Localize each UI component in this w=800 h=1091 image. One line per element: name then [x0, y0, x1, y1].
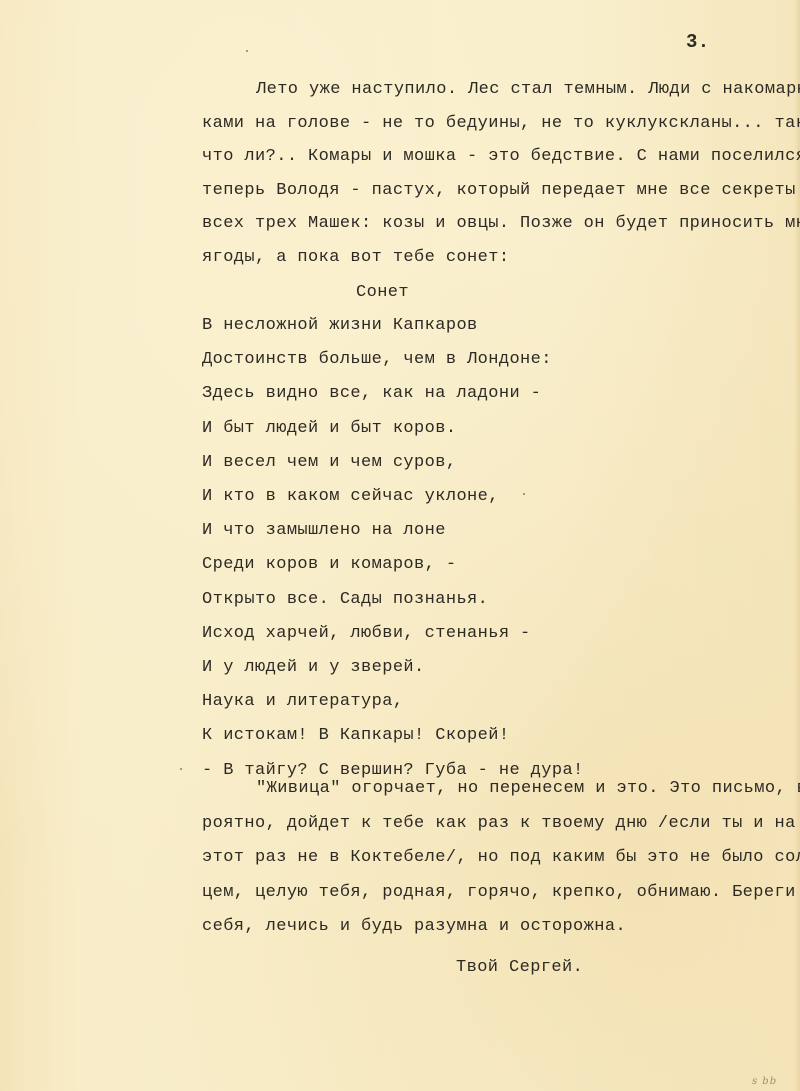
text-line: Лето уже наступило. Лес стал темным. Люд… — [256, 80, 800, 100]
poem-line: Здесь видно все, как на ладони - — [202, 384, 541, 404]
text-line: теперь Володя - пастух, который передает… — [202, 181, 796, 201]
poem-line: - В тайгу? С вершин? Губа - не дура! — [202, 761, 584, 781]
poem-line: В несложной жизни Капкаров — [202, 316, 478, 336]
pencil-note: s bb — [752, 1076, 777, 1087]
poem-line: И у людей и у зверей. — [202, 658, 425, 678]
text-line: себя, лечись и будь разумна и осторожна. — [202, 917, 626, 937]
poem-line: И весел чем и чем суров, — [202, 453, 456, 473]
text-line: всех трех Машек: козы и овцы. Позже он б… — [202, 214, 800, 234]
page-number: 3. — [686, 32, 710, 52]
poem-line: Открыто все. Сады познанья. — [202, 590, 488, 610]
poem-line: Исход харчей, любви, стенанья - — [202, 624, 531, 644]
text-line: цем, целую тебя, родная, горячо, крепко,… — [202, 883, 796, 903]
text-line: этот раз не в Коктебеле/, но под каким б… — [202, 848, 800, 868]
text-line: что ли?.. Комары и мошка - это бедствие.… — [202, 147, 800, 167]
poem-title: Сонет — [356, 283, 409, 303]
speck — [180, 768, 182, 770]
text-line: ками на голове - не то бедуины, не то ку… — [202, 114, 800, 134]
poem-line: Наука и литература, — [202, 692, 403, 712]
poem-line: Достоинств больше, чем в Лондоне: — [202, 350, 552, 370]
speck — [523, 493, 525, 495]
poem-line: Среди коров и комаров, - — [202, 555, 456, 575]
text-line: роятно, дойдет к тебе как раз к твоему д… — [202, 814, 796, 834]
poem-line: И быт людей и быт коров. — [202, 419, 456, 439]
poem-line: К истокам! В Капкары! Скорей! — [202, 726, 509, 746]
poem-line: И кто в каком сейчас уклоне, — [202, 487, 499, 507]
text-line: "Живица" огорчает, но перенесем и это. Э… — [256, 779, 800, 799]
speck — [246, 50, 248, 52]
signature: Твой Сергей. — [456, 958, 583, 978]
poem-line: И что замышлено на лоне — [202, 521, 446, 541]
text-line: ягоды, а пока вот тебе сонет: — [202, 248, 509, 268]
